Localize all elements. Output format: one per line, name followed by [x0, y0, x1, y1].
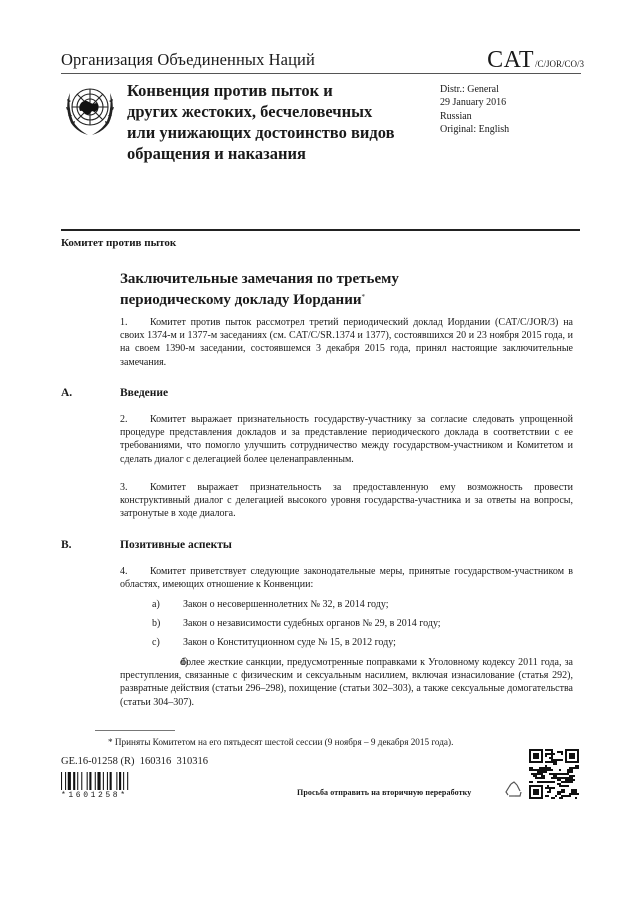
- paragraph-text: Комитет приветствует следующие законодат…: [120, 566, 573, 590]
- paragraph-3: 3.Комитет выражает признательность за пр…: [120, 481, 573, 521]
- list-item: a)Закон о несовершеннолетних № 32, в 201…: [152, 598, 389, 611]
- convention-title-line: других жестоких, бесчеловечных: [127, 101, 427, 122]
- barcode-number: *1601258*: [61, 791, 128, 800]
- header-thick-rule: [61, 229, 580, 231]
- qr-code-icon: [529, 748, 579, 800]
- barcode-icon: [61, 772, 151, 790]
- convention-title-line: обращения и наказания: [127, 143, 427, 164]
- list-item: b)Закон о независимости судебных органов…: [152, 617, 441, 630]
- organization-name: Организация Объединенных Наций: [61, 50, 315, 70]
- job-number: GE.16-01258 (R) 160316 310316: [61, 756, 208, 767]
- section-title: Позитивные аспекты: [120, 539, 232, 551]
- section-letter: B.: [61, 539, 120, 551]
- footnote-marker: *: [361, 293, 365, 301]
- section-heading-a: A.Введение: [61, 387, 168, 399]
- list-item-text: Закон о Конституционном суде № 15, в 201…: [183, 637, 396, 648]
- header-rule: [61, 73, 581, 74]
- symbol-main: CAT: [487, 47, 534, 73]
- list-item-text: Закон о несовершеннолетних № 32, в 2014 …: [183, 599, 389, 610]
- document-title-line: Заключительные замечания по третьему: [120, 270, 399, 288]
- recycle-notice: Просьба отправить на вторичную переработ…: [297, 788, 471, 797]
- list-item-text: Закон о независимости судебных органов №…: [183, 618, 441, 629]
- footnote-rule: [95, 730, 175, 731]
- paragraph-text: Комитет выражает признательность государ…: [120, 414, 573, 465]
- convention-title-line: Конвенция против пыток и: [127, 80, 427, 101]
- footnote: * Приняты Комитетом на его пятьдесят шес…: [108, 737, 453, 747]
- paragraph-number: 1.: [120, 316, 150, 329]
- document-symbol: CAT/C/JOR/CO/3: [487, 47, 584, 74]
- committee-name: Комитет против пыток: [61, 237, 176, 249]
- paragraph-number: 4.: [120, 565, 150, 578]
- distribution-type: Distr.: General: [440, 83, 509, 96]
- un-emblem-icon: [61, 79, 119, 141]
- document-language: Russian: [440, 110, 509, 123]
- issue-date: 29 January 2016: [440, 96, 509, 109]
- list-item-label: d): [150, 656, 181, 669]
- paragraph-2: 2.Комитет выражает признательность госуд…: [120, 413, 573, 466]
- document-title: Заключительные замечания по третьему пер…: [120, 270, 399, 309]
- list-item-text: более жесткие санкции, предусмотренные п…: [120, 657, 573, 708]
- paragraph-text: Комитет против пыток рассмотрел третий п…: [120, 317, 573, 368]
- paragraph-1: 1.Комитет против пыток рассмотрел третий…: [120, 316, 573, 369]
- paragraph-text: Комитет выражает признательность за пред…: [120, 482, 573, 519]
- document-title-line: периодическому докладу Иордании: [120, 292, 361, 308]
- list-item: d)более жесткие санкции, предусмотренные…: [120, 656, 573, 709]
- recycle-icon: [504, 780, 524, 800]
- section-letter: A.: [61, 387, 120, 399]
- paragraph-number: 2.: [120, 413, 150, 426]
- paragraph-number: 3.: [120, 481, 150, 494]
- original-language: Original: English: [440, 123, 509, 136]
- list-item: c)Закон о Конституционном суде № 15, в 2…: [152, 636, 396, 649]
- list-item-label: b): [152, 617, 183, 630]
- section-title: Введение: [120, 387, 168, 399]
- list-item-label: c): [152, 636, 183, 649]
- section-heading-b: B.Позитивные аспекты: [61, 539, 232, 551]
- list-item-label: a): [152, 598, 183, 611]
- distribution-info: Distr.: General 29 January 2016 Russian …: [440, 83, 509, 136]
- symbol-suffix: /C/JOR/CO/3: [535, 59, 584, 69]
- convention-title: Конвенция против пыток и других жестоких…: [127, 80, 427, 164]
- paragraph-4: 4.Комитет приветствует следующие законод…: [120, 565, 573, 591]
- convention-title-line: или унижающих достоинство видов: [127, 122, 427, 143]
